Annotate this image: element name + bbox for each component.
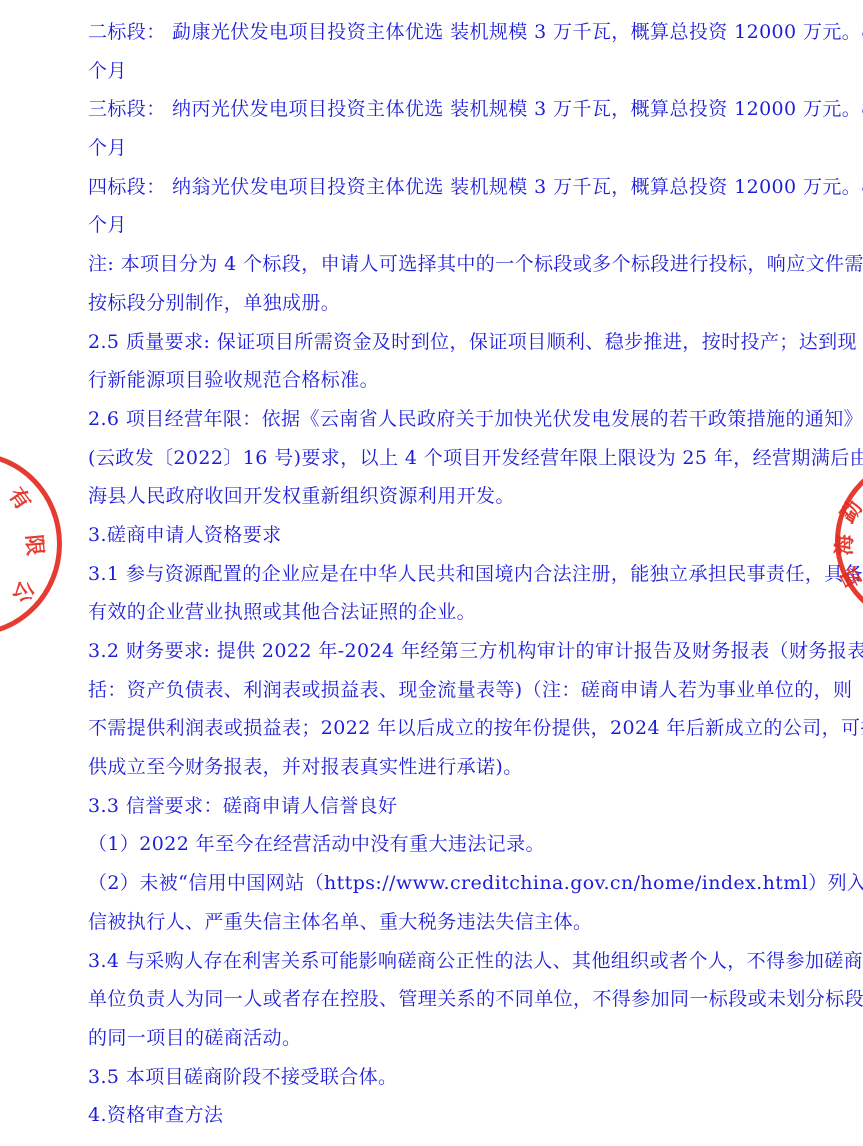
text-line: 2.5 质量要求: 保证项目所需资金及时到位，保证项目顺利、稳步推进，按时投产；… [88,323,805,362]
text-line: 3.2 财务要求: 提供 2022 年-2024 年经第三方机构审计的审计报告及… [88,632,805,671]
text-line: 二标段： 勐康光伏发电项目投资主体优选 装机规模 3 万千瓦，概算总投资 120… [88,13,805,52]
text-line: 2.6 项目经营年限：依据《云南省人民政府关于加快光伏发电发展的若干政策措施的通… [88,400,805,439]
text-line: 3.5 本项目磋商阶段不接受联合体。 [88,1058,805,1097]
text-line: 4.资格审查方法 [88,1096,805,1135]
text-line: （1）2022 年至今在经营活动中没有重大违法记录。 [88,825,805,864]
text-line: 的同一项目的磋商活动。 [88,1019,805,1058]
text-line: 括：资产负债表、利润表或损益表、现金流量表等)（注：磋商申请人若为事业单位的，则 [88,671,805,710]
text-line: 有效的企业营业执照或其他合法证照的企业。 [88,593,805,632]
text-line: (云政发〔2022〕16 号)要求，以上 4 个项目开发经营年限上限设为 25 … [88,439,805,478]
text-line: 三标段： 纳丙光伏发电项目投资主体优选 装机规模 3 万千瓦，概算总投资 120… [88,90,805,129]
text-line: 信被执行人、严重失信主体名单、重大税务违法失信主体。 [88,903,805,942]
text-line: 供成立至今财务报表，并对报表真实性进行承诺)。 [88,748,805,787]
document-page: 二标段： 勐康光伏发电项目投资主体优选 装机规模 3 万千瓦，概算总投资 120… [0,0,863,1146]
text-line: 注: 本项目分为 4 个标段，申请人可选择其中的一个标段或多个标段进行投标，响应… [88,245,805,284]
text-line: 行新能源项目验收规范合格标准。 [88,361,805,400]
text-line: 3.1 参与资源配置的企业应是在中华人民共和国境内合法注册，能独立承担民事责任，… [88,555,805,594]
text-line: （2）未被“信用中国网站（https://www.creditchina.gov… [88,864,805,903]
text-line: 个月 [88,129,805,168]
text-line: 3.3 信誉要求：磋商申请人信誉良好 [88,787,805,826]
text-line: 单位负责人为同一人或者存在控股、管理关系的不同单位，不得参加同一标段或未划分标段 [88,980,805,1019]
text-line: 个月 [88,52,805,91]
text-line: 按标段分别制作，单独成册。 [88,284,805,323]
text-line: 个月 [88,206,805,245]
text-line: 3.磋商申请人资格要求 [88,516,805,555]
text-line: 四标段： 纳翁光伏发电项目投资主体优选 装机规模 3 万千瓦，概算总投资 120… [88,168,805,207]
text-line: 海县人民政府收回开发权重新组织资源利用开发。 [88,477,805,516]
text-line: 3.4 与采购人存在利害关系可能影响磋商公正性的法人、其他组织或者个人，不得参加… [88,942,805,981]
text-line: 不需提供利润表或损益表；2022 年以后成立的按年份提供，2024 年后新成立的… [88,709,805,748]
